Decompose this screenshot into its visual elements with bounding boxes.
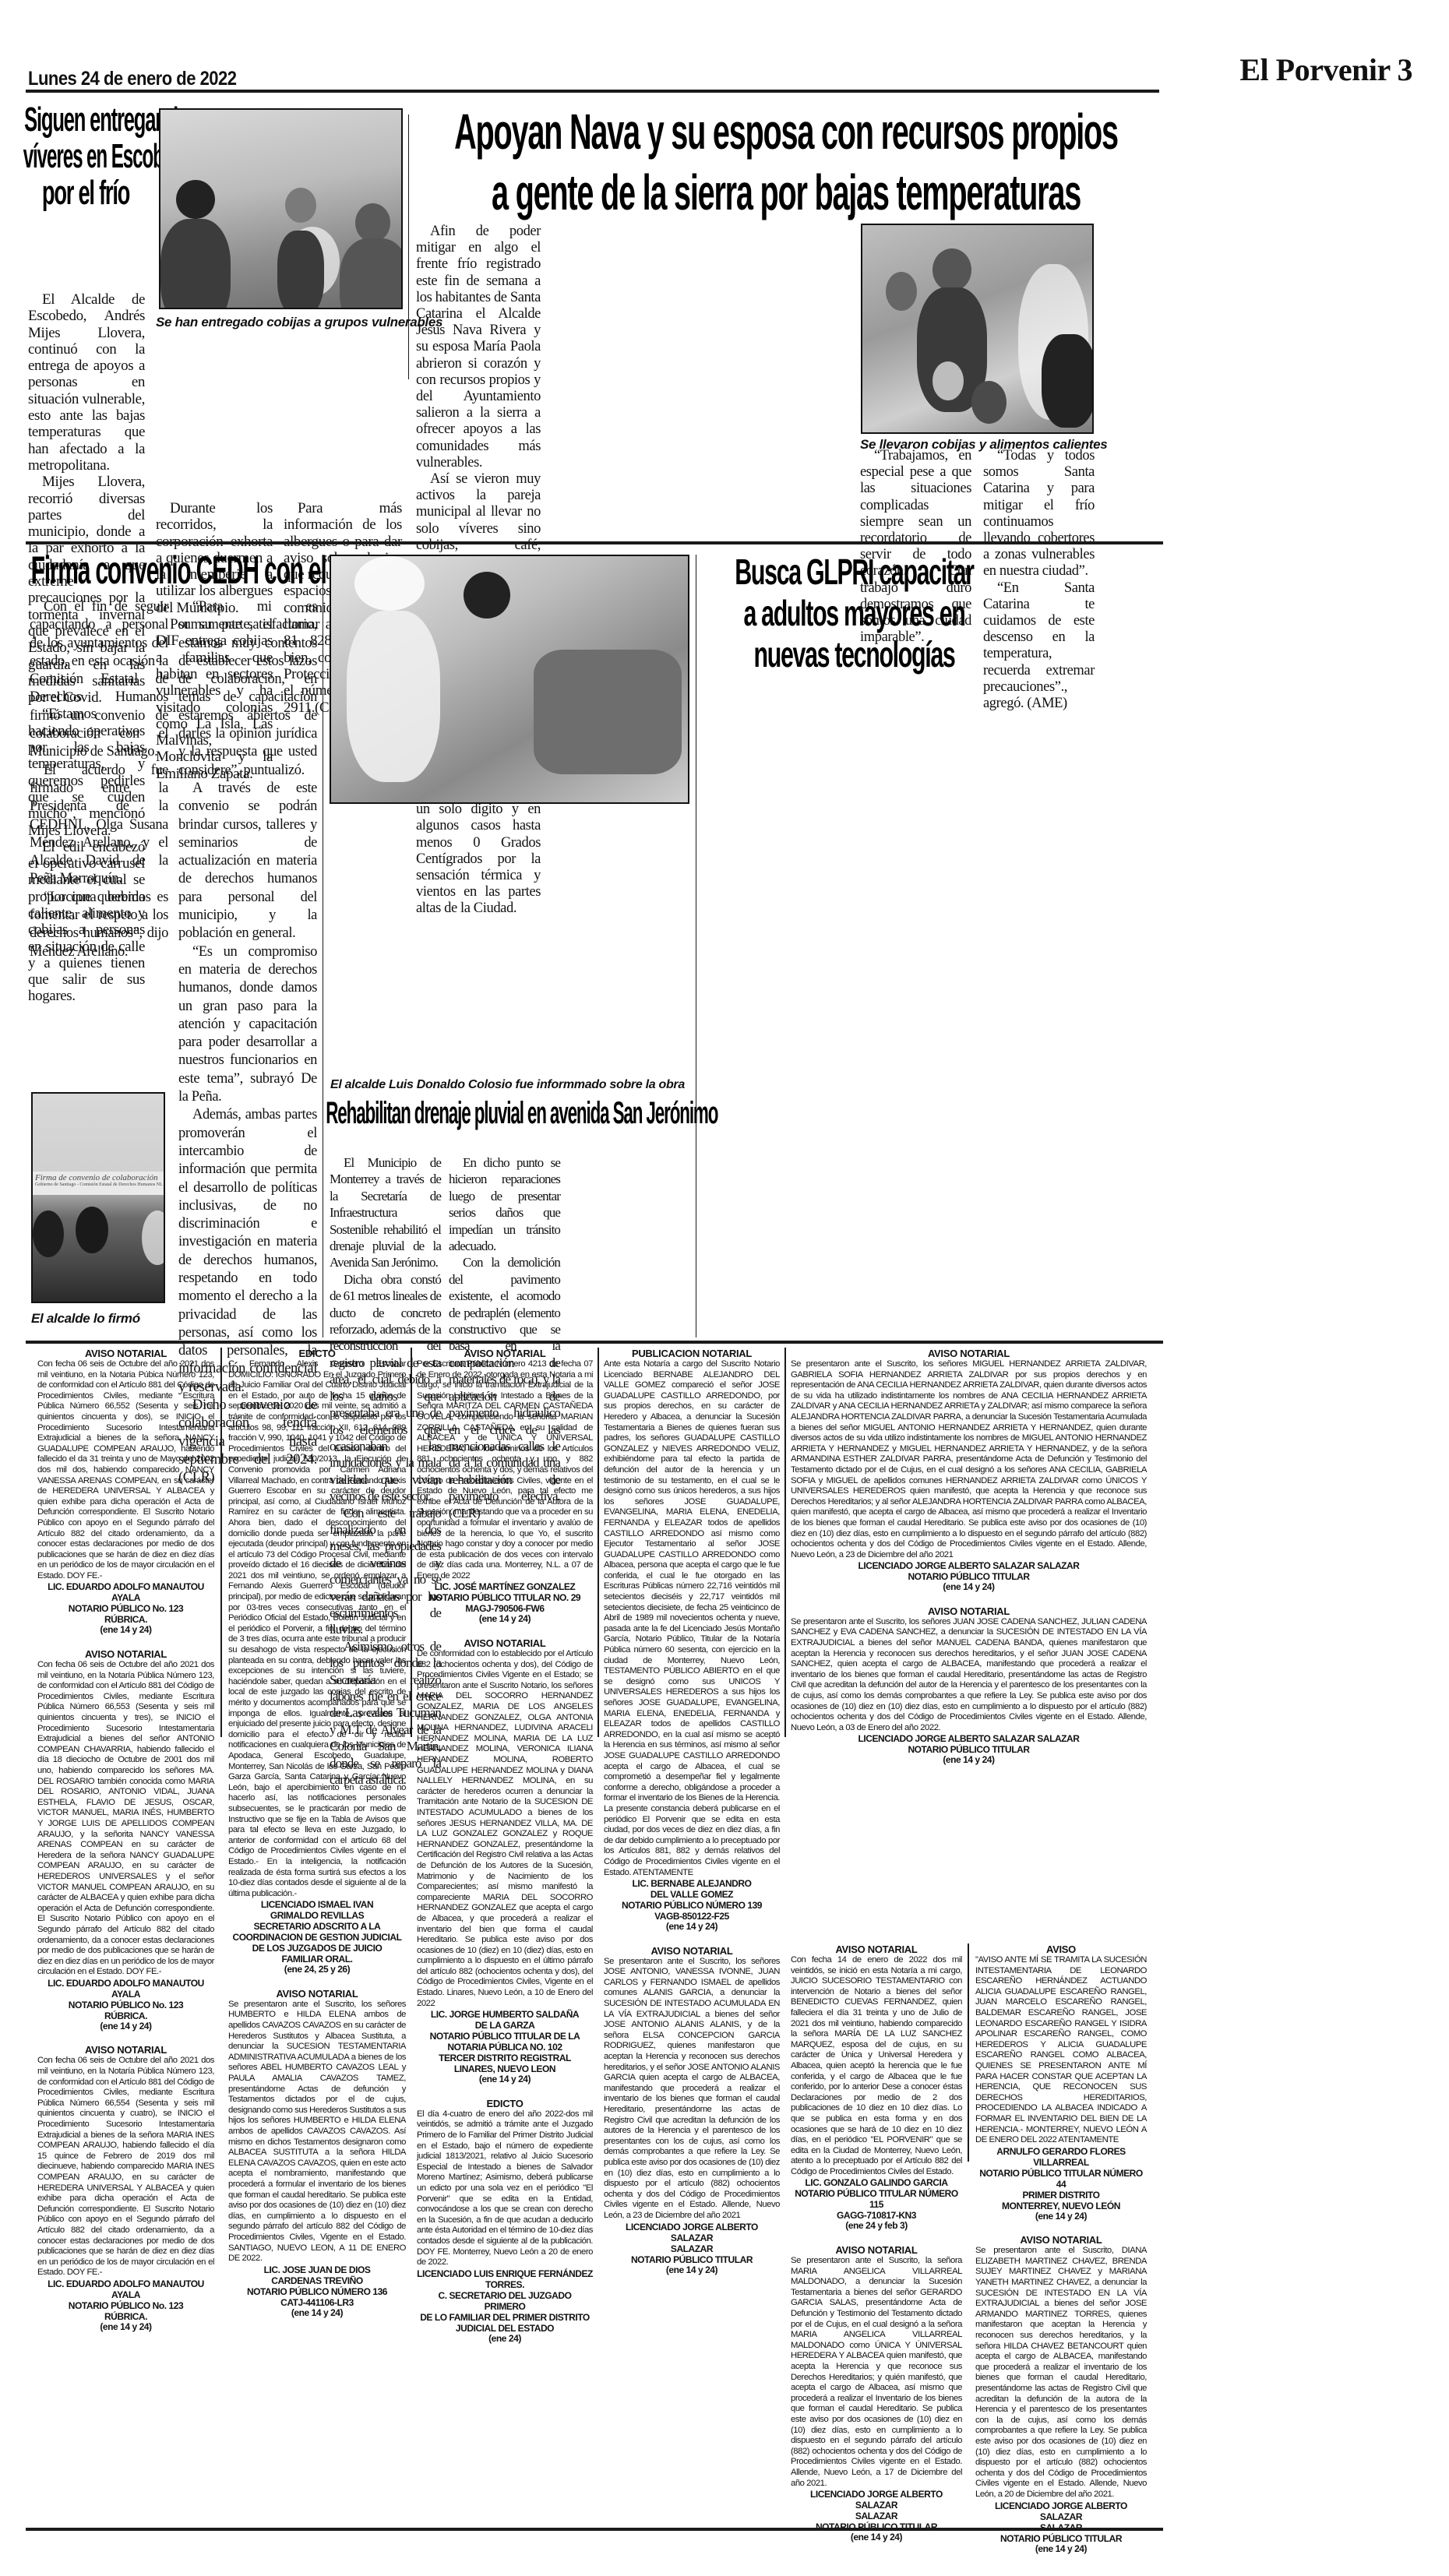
notice: AVISO NOTARIAL Se presentaron ante el Su… bbox=[791, 2244, 962, 2543]
issue-date: Lunes 24 de enero de 2022 bbox=[28, 67, 237, 90]
photo-cedh: Firma de convenio de colaboración Gobier… bbox=[31, 1092, 165, 1303]
notice: AVISO NOTARIAL Se presentaron ante el Su… bbox=[228, 1988, 406, 2318]
column-divider bbox=[598, 1348, 599, 1737]
caption-cedh: El alcalde lo firmó bbox=[31, 1311, 140, 1327]
body-cedh-col1: Con el fin de seguir capacitando a perso… bbox=[30, 598, 168, 961]
masthead-rule bbox=[26, 90, 1159, 93]
column-divider bbox=[411, 1348, 412, 1737]
notice: EDICTO C. Fernando Alexis Guerrero Escob… bbox=[228, 1348, 406, 1975]
notice: AVISO "AVISO ANTE MÍ SE TRAMITA LA SUCES… bbox=[975, 1943, 1147, 2222]
notice: AVISO NOTARIAL Se presentaron ante el Su… bbox=[791, 1348, 1147, 1593]
notice: AVISO NOTARIAL Se presentaron ante el Su… bbox=[604, 1945, 780, 2275]
notice: AVISO NOTARIAL De conformidad con lo est… bbox=[417, 1637, 593, 2085]
notice: EDICTO El día 4-cuatro de enero del año … bbox=[417, 2098, 593, 2345]
notices-col3: AVISO NOTARIAL Por Escritura Pública Núm… bbox=[417, 1348, 593, 2356]
column-divider bbox=[323, 555, 323, 1337]
notices-col4: PUBLICACION NOTARIAL Ante esta Notaría a… bbox=[604, 1348, 780, 2288]
column-divider bbox=[784, 1348, 786, 1737]
notice: AVISO NOTARIAL Se presentaron ante el Su… bbox=[975, 2234, 1147, 2554]
notice: AVISO NOTARIAL Con fecha 06 seis de Octu… bbox=[37, 2044, 214, 2332]
notices-col5: AVISO NOTARIAL Con fecha 14 de enero de … bbox=[791, 1943, 962, 2556]
newspaper-masthead: El Porvenir 3 bbox=[1239, 51, 1412, 88]
notices-col2: EDICTO C. Fernando Alexis Guerrero Escob… bbox=[228, 1348, 406, 2331]
notices-bottom-rule bbox=[26, 2528, 1163, 2531]
photo-drenaje bbox=[330, 555, 689, 804]
notice: PUBLICACION NOTARIAL Ante esta Notaría a… bbox=[604, 1348, 780, 1933]
column-divider bbox=[968, 1943, 969, 2162]
column-divider bbox=[696, 555, 696, 1337]
caption-drenaje: El alcalde Luis Donaldo Colosio fue info… bbox=[330, 1078, 685, 1092]
photo-nava bbox=[861, 224, 1094, 434]
notices-wide: AVISO NOTARIAL Se presentaron ante el Su… bbox=[791, 1348, 1147, 1778]
newspaper-name: El Porvenir bbox=[1239, 52, 1390, 87]
notice: AVISO NOTARIAL Por Escritura Pública Núm… bbox=[417, 1348, 593, 1625]
notice: AVISO NOTARIAL Se presentaron ante el Su… bbox=[791, 1605, 1147, 1766]
section-rule bbox=[26, 541, 1163, 544]
headline-drenaje: Rehabilitan drenaje pluvial en avenida S… bbox=[330, 1094, 689, 1132]
caption-escobedo: Se han entregado cobijas a grupos vulner… bbox=[156, 315, 442, 330]
notice: AVISO NOTARIAL Con fecha 06 seis de Octu… bbox=[37, 1348, 214, 1636]
column-divider bbox=[220, 1348, 222, 1737]
headline-escobedo: Siguen entregando víveres en Escobedo po… bbox=[26, 101, 145, 211]
photo-escobedo bbox=[159, 108, 403, 309]
headline-nava: Apoyan Nava y su esposa con recursos pro… bbox=[419, 101, 1153, 223]
headline-glpri: Busca GLPRI capacitar a adultos mayores … bbox=[705, 551, 1003, 675]
photo-banner: Firma de convenio de colaboración Gobier… bbox=[33, 1172, 165, 1195]
page-number: 3 bbox=[1398, 52, 1413, 87]
notices-col1: AVISO NOTARIAL Con fecha 06 seis de Octu… bbox=[37, 1348, 214, 2345]
column-divider bbox=[408, 115, 409, 379]
notice: AVISO NOTARIAL Con fecha 14 de enero de … bbox=[791, 1943, 962, 2232]
notice: AVISO NOTARIAL Con fecha 06 seis de Octu… bbox=[37, 1648, 214, 2032]
notices-top-rule bbox=[26, 1341, 1163, 1344]
notices-col6: AVISO "AVISO ANTE MÍ SE TRAMITA LA SUCES… bbox=[975, 1943, 1147, 2567]
